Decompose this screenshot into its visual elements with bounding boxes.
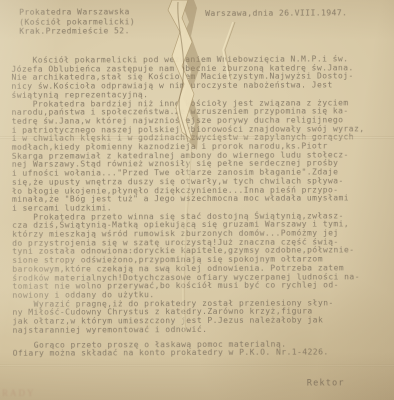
typed-text-layer: Prokatedra Warszawska (Kościół pokarmeli… (0, 0, 394, 400)
signature-rektor: Rektor (307, 378, 345, 388)
paragraph: Wyrazić pragnę,iż do prokatedry został p… (12, 299, 390, 335)
sender-address: Prokatedra Warszawska (Kościół pokarmeli… (19, 7, 135, 36)
document-page: Prokatedra Warszawska (Kościół pokarmeli… (0, 0, 394, 400)
dateline: Warszawa,dnia 26.VIII.1947. (205, 8, 347, 18)
faint-stamp-text: RADY (2, 388, 36, 398)
paragraph: Gorąco przeto proszę o łaskawą pomoc mat… (13, 340, 391, 359)
letter-body: Kościół pokarmelicki pod wezwaniem Wnieb… (11, 55, 390, 359)
paragraph: Prokatedra bardziej niż inne kościoły je… (12, 99, 390, 214)
paragraph: Prokatedra przeto winna się stać dostojn… (12, 212, 390, 301)
paragraph: Kościół pokarmelicki pod wezwaniem Wnieb… (11, 55, 389, 100)
